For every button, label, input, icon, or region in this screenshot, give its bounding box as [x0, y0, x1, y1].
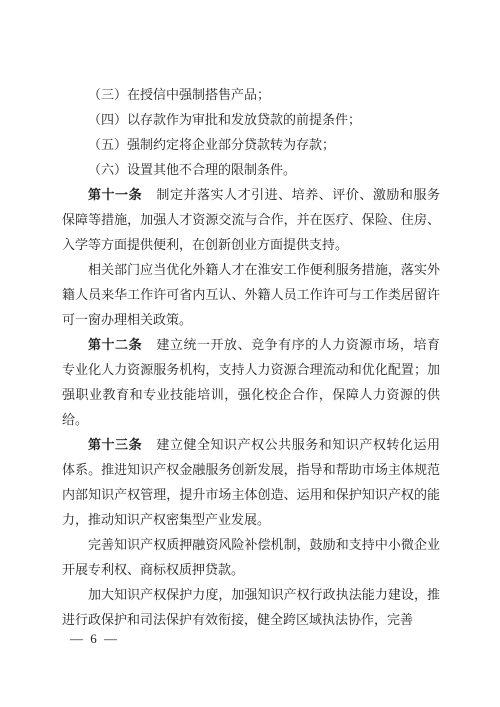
article-number: 第十一条 — [88, 187, 142, 202]
document-page: （三）在授信中强制搭售产品；（四）以存款作为审批和发放贷款的前提条件；（五）强制… — [0, 0, 500, 707]
body-paragraph: 完善知识产权质押融资风险补偿机制，鼓励和支持中小微企业开展专利权、商标权质押贷款… — [62, 532, 440, 582]
list-item-paragraph: （六）设置其他不合理的限制条件。 — [62, 157, 440, 182]
page-number: — 6 — — [70, 630, 119, 648]
article-number: 第十三条 — [88, 437, 142, 452]
article-paragraph: 第十二条建立统一开放、竞争有序的人力资源市场，培育专业化人力资源服务机构，支持人… — [62, 332, 440, 432]
article-number: 第十二条 — [88, 337, 142, 352]
document-body: （三）在授信中强制搭售产品；（四）以存款作为审批和发放贷款的前提条件；（五）强制… — [62, 82, 440, 632]
article-paragraph: 第十三条建立健全知识产权公共服务和知识产权转化运用体系。推进知识产权金融服务创新… — [62, 432, 440, 532]
list-item-paragraph: （四）以存款作为审批和发放贷款的前提条件； — [62, 107, 440, 132]
list-item-paragraph: （三）在授信中强制搭售产品； — [62, 82, 440, 107]
list-item-paragraph: （五）强制约定将企业部分贷款转为存款； — [62, 132, 440, 157]
body-paragraph: 加大知识产权保护力度，加强知识产权行政执法能力建设，推进行政保护和司法保护有效衔… — [62, 582, 440, 632]
body-paragraph: 相关部门应当优化外籍人才在淮安工作便利服务措施，落实外籍人员来华工作许可省内互认… — [62, 257, 440, 332]
article-paragraph: 第十一条制定并落实人才引进、培养、评价、激励和服务保障等措施，加强人才资源交流与… — [62, 182, 440, 257]
